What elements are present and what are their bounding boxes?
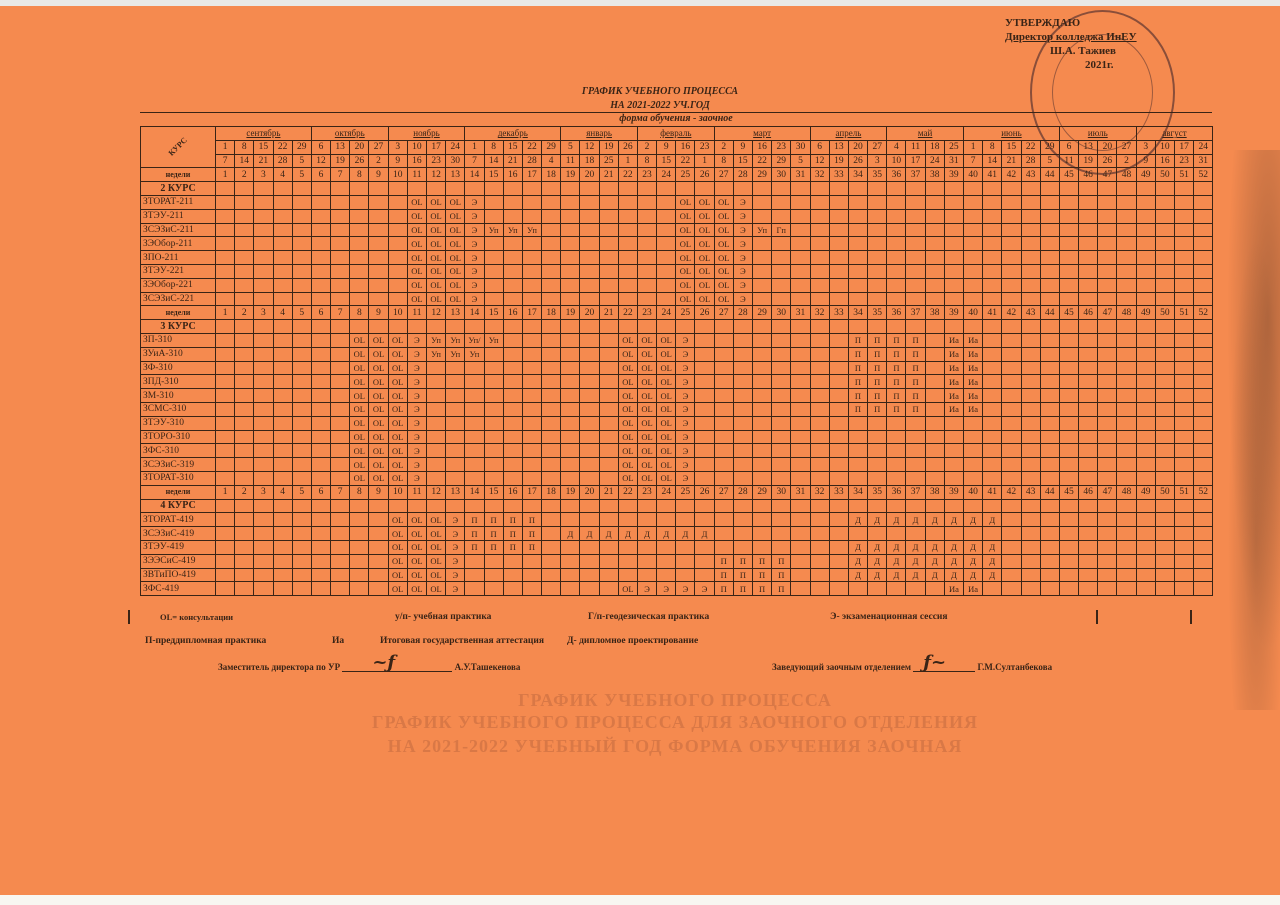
schedule-cell: Э [676, 471, 695, 485]
empty-cell [561, 223, 580, 237]
schedule-cell: П [772, 554, 791, 568]
empty-cell [1040, 209, 1059, 223]
schedule-cell: OL [426, 209, 445, 223]
empty-cell [369, 292, 388, 306]
empty-cell [331, 444, 350, 458]
empty-cell [791, 264, 810, 278]
week-number: 32 [810, 168, 829, 182]
empty-cell [637, 499, 656, 513]
empty-cell [542, 416, 561, 430]
week-number: 31 [791, 168, 810, 182]
empty-cell [561, 292, 580, 306]
empty-cell [695, 540, 714, 554]
empty-cell [388, 292, 407, 306]
schedule-cell: OL [637, 333, 656, 347]
empty-cell [657, 264, 676, 278]
empty-cell [216, 209, 235, 223]
empty-cell [522, 568, 541, 582]
empty-cell [1175, 540, 1194, 554]
schedule-cell: Э [676, 430, 695, 444]
empty-cell [484, 251, 503, 265]
empty-cell [1117, 209, 1136, 223]
empty-cell [1059, 195, 1078, 209]
empty-cell [964, 458, 983, 472]
empty-cell [1002, 347, 1021, 361]
weeks-label: недели [141, 306, 216, 320]
empty-cell [1079, 513, 1098, 527]
empty-cell [772, 292, 791, 306]
empty-cell [753, 209, 772, 223]
empty-cell [618, 540, 637, 554]
empty-cell [791, 292, 810, 306]
empty-cell [426, 361, 445, 375]
empty-cell [829, 402, 848, 416]
empty-cell [522, 389, 541, 403]
empty-cell [503, 444, 522, 458]
week-number: 16 [503, 168, 522, 182]
schedule-cell: Э [407, 402, 426, 416]
month-row: КУРСсентябрьоктябрьноябрьдекабрьянварьфе… [141, 127, 1213, 141]
empty-cell [465, 402, 484, 416]
empty-cell [964, 320, 983, 334]
schedule-cell: OL [388, 347, 407, 361]
empty-cell [369, 223, 388, 237]
week-end-row: 7142128512192629162330714212841118251815… [141, 154, 1213, 168]
legend-ia: Итоговая государственная аттестация [380, 636, 544, 646]
empty-cell [906, 458, 925, 472]
empty-cell [503, 209, 522, 223]
schedule-cell: OL [388, 402, 407, 416]
empty-cell [1194, 540, 1213, 554]
schedule-cell: OL [388, 389, 407, 403]
empty-cell [733, 402, 752, 416]
empty-cell [714, 389, 733, 403]
empty-cell [465, 416, 484, 430]
week-number: 52 [1194, 306, 1213, 320]
week-number: 27 [714, 306, 733, 320]
empty-cell [1155, 471, 1174, 485]
schedule-cell: Д [887, 513, 906, 527]
empty-cell [1175, 292, 1194, 306]
empty-cell [983, 527, 1002, 541]
bleed-through-text: ГРАФИК УЧЕБНОГО ПРОЦЕССА ДЛЯ ЗАОЧНОГО ОТ… [150, 712, 1200, 733]
empty-cell [331, 264, 350, 278]
schedule-cell: П [868, 347, 887, 361]
empty-cell [695, 499, 714, 513]
week-number: 6 [311, 306, 330, 320]
empty-cell [542, 320, 561, 334]
course-section-header: 4 КУРС [141, 499, 1213, 513]
empty-cell [944, 292, 963, 306]
empty-cell [829, 223, 848, 237]
empty-cell [733, 430, 752, 444]
empty-cell [1079, 430, 1098, 444]
empty-cell [1021, 430, 1040, 444]
empty-cell [465, 320, 484, 334]
schedule-cell: Д [983, 568, 1002, 582]
empty-cell [887, 471, 906, 485]
schedule-cell: Э [446, 513, 465, 527]
schedule-cell: П [733, 568, 752, 582]
empty-cell [657, 568, 676, 582]
empty-cell [235, 237, 254, 251]
week-number: 38 [925, 306, 944, 320]
schedule-cell: Д [657, 527, 676, 541]
week-number: 38 [925, 168, 944, 182]
empty-cell [561, 540, 580, 554]
empty-cell [1136, 458, 1155, 472]
empty-cell [714, 182, 733, 196]
empty-cell [925, 237, 944, 251]
empty-cell [599, 264, 618, 278]
empty-cell [868, 499, 887, 513]
empty-cell [350, 320, 369, 334]
empty-cell [791, 237, 810, 251]
schedule-cell: OL [407, 527, 426, 541]
empty-cell [350, 527, 369, 541]
week-number: 20 [580, 168, 599, 182]
empty-cell [216, 568, 235, 582]
empty-cell [369, 499, 388, 513]
empty-cell [292, 209, 311, 223]
empty-cell [235, 458, 254, 472]
empty-cell [503, 195, 522, 209]
empty-cell [810, 513, 829, 527]
schedule-cell: OL [388, 513, 407, 527]
empty-cell [657, 209, 676, 223]
empty-cell [580, 264, 599, 278]
week-end-date: 10 [887, 154, 906, 168]
empty-cell [1098, 278, 1117, 292]
empty-cell [503, 333, 522, 347]
schedule-cell: Э [407, 471, 426, 485]
empty-cell [1002, 568, 1021, 582]
week-number: 8 [350, 306, 369, 320]
empty-cell [753, 527, 772, 541]
empty-cell [273, 278, 292, 292]
empty-cell [791, 195, 810, 209]
empty-cell [350, 251, 369, 265]
empty-cell [1117, 568, 1136, 582]
empty-cell [810, 251, 829, 265]
empty-cell [887, 430, 906, 444]
week-number: 27 [714, 168, 733, 182]
schedule-cell: OL [657, 402, 676, 416]
empty-cell [791, 444, 810, 458]
empty-cell [964, 292, 983, 306]
empty-cell [1155, 513, 1174, 527]
week-number: 25 [676, 306, 695, 320]
empty-cell [657, 223, 676, 237]
empty-cell [829, 554, 848, 568]
empty-cell [1002, 471, 1021, 485]
empty-cell [484, 195, 503, 209]
empty-cell [1059, 347, 1078, 361]
empty-cell [542, 471, 561, 485]
empty-cell [1175, 554, 1194, 568]
schedule-cell: OL [676, 209, 695, 223]
group-name: ЗЭЭСиС-419 [141, 554, 216, 568]
empty-cell [1136, 264, 1155, 278]
schedule-cell: Иа [964, 333, 983, 347]
empty-cell [829, 389, 848, 403]
week-number: 31 [791, 485, 810, 499]
empty-cell [273, 540, 292, 554]
schedule-cell: OL [657, 347, 676, 361]
empty-cell [772, 320, 791, 334]
empty-cell [446, 499, 465, 513]
week-number: 7 [331, 306, 350, 320]
empty-cell [1079, 582, 1098, 596]
empty-cell [618, 251, 637, 265]
empty-cell [983, 416, 1002, 430]
empty-cell [273, 264, 292, 278]
empty-cell [254, 554, 273, 568]
schedule-cell: OL [388, 444, 407, 458]
empty-cell [465, 471, 484, 485]
empty-cell [1002, 540, 1021, 554]
empty-cell [292, 375, 311, 389]
empty-cell [216, 320, 235, 334]
empty-cell [216, 527, 235, 541]
empty-cell [1194, 513, 1213, 527]
empty-cell [331, 209, 350, 223]
schedule-cell: П [848, 333, 867, 347]
empty-cell [925, 444, 944, 458]
empty-cell [331, 292, 350, 306]
empty-cell [254, 540, 273, 554]
empty-cell [1079, 375, 1098, 389]
empty-cell [1136, 554, 1155, 568]
empty-cell [944, 527, 963, 541]
empty-cell [522, 361, 541, 375]
empty-cell [772, 333, 791, 347]
week-number: 8 [350, 168, 369, 182]
empty-cell [637, 320, 656, 334]
empty-cell [829, 333, 848, 347]
schedule-cell: OL [637, 361, 656, 375]
group-row: ЗСЭЗиС-319OLOLOLЭOLOLOLЭ [141, 458, 1213, 472]
empty-cell [676, 320, 695, 334]
empty-cell [1194, 471, 1213, 485]
schedule-cell: Э [407, 375, 426, 389]
empty-cell [1059, 320, 1078, 334]
week-number: 45 [1059, 306, 1078, 320]
schedule-cell: OL [350, 471, 369, 485]
empty-cell [580, 209, 599, 223]
week-end-date: 7 [465, 154, 484, 168]
schedule-cell: OL [618, 361, 637, 375]
schedule-cell: Э [465, 223, 484, 237]
week-start-date: 8 [983, 140, 1002, 154]
empty-cell [311, 333, 330, 347]
empty-cell [1175, 333, 1194, 347]
empty-cell [1002, 389, 1021, 403]
empty-cell [753, 389, 772, 403]
empty-cell [273, 182, 292, 196]
empty-cell [695, 458, 714, 472]
empty-cell [657, 513, 676, 527]
schedule-cell: OL [369, 347, 388, 361]
empty-cell [331, 320, 350, 334]
empty-cell [561, 209, 580, 223]
empty-cell [1002, 554, 1021, 568]
empty-cell [1040, 458, 1059, 472]
empty-cell [1136, 237, 1155, 251]
schedule-cell: OL [350, 430, 369, 444]
schedule-cell: OL [426, 195, 445, 209]
empty-cell [733, 527, 752, 541]
empty-cell [311, 471, 330, 485]
week-start-date: 24 [446, 140, 465, 154]
week-number: 33 [829, 485, 848, 499]
empty-cell [1194, 182, 1213, 196]
empty-cell [522, 430, 541, 444]
empty-cell [522, 347, 541, 361]
empty-cell [580, 444, 599, 458]
empty-cell [983, 389, 1002, 403]
week-number: 47 [1098, 485, 1117, 499]
empty-cell [791, 320, 810, 334]
week-number: 34 [848, 485, 867, 499]
empty-cell [273, 471, 292, 485]
week-end-date: 9 [388, 154, 407, 168]
empty-cell [1098, 499, 1117, 513]
empty-cell [1079, 416, 1098, 430]
empty-cell [1117, 361, 1136, 375]
empty-cell [522, 264, 541, 278]
schedule-cell: Уп [753, 223, 772, 237]
empty-cell [733, 182, 752, 196]
schedule-cell: OL [714, 195, 733, 209]
empty-cell [292, 320, 311, 334]
empty-cell [542, 209, 561, 223]
empty-cell [848, 237, 867, 251]
empty-cell [1155, 430, 1174, 444]
schedule-cell: Д [599, 527, 618, 541]
week-start-date: 23 [695, 140, 714, 154]
empty-cell [561, 554, 580, 568]
empty-cell [1002, 430, 1021, 444]
week-start-date: 27 [369, 140, 388, 154]
empty-cell [1098, 209, 1117, 223]
empty-cell [618, 320, 637, 334]
empty-cell [1155, 320, 1174, 334]
empty-cell [657, 182, 676, 196]
empty-cell [235, 251, 254, 265]
schedule-cell: Уп [446, 333, 465, 347]
empty-cell [388, 209, 407, 223]
scan-edge-top [0, 0, 1280, 6]
empty-cell [829, 278, 848, 292]
week-number: 24 [657, 485, 676, 499]
empty-cell [331, 251, 350, 265]
schedule-cell: Иа [964, 402, 983, 416]
week-end-date: 26 [350, 154, 369, 168]
empty-cell [580, 237, 599, 251]
course-section-header: 2 КУРС [141, 182, 1213, 196]
empty-cell [618, 264, 637, 278]
empty-cell [599, 375, 618, 389]
empty-cell [216, 264, 235, 278]
empty-cell [964, 278, 983, 292]
empty-cell [1155, 540, 1174, 554]
empty-cell [944, 223, 963, 237]
empty-cell [331, 513, 350, 527]
empty-cell [254, 389, 273, 403]
week-number: 6 [311, 485, 330, 499]
empty-cell [235, 182, 254, 196]
empty-cell [983, 182, 1002, 196]
empty-cell [714, 402, 733, 416]
empty-cell [292, 402, 311, 416]
empty-cell [1079, 237, 1098, 251]
empty-cell [1117, 223, 1136, 237]
schedule-cell: Д [944, 554, 963, 568]
empty-cell [599, 402, 618, 416]
empty-cell [542, 182, 561, 196]
empty-cell [311, 513, 330, 527]
schedule-cell: Э [407, 361, 426, 375]
week-number: 48 [1117, 168, 1136, 182]
empty-cell [484, 237, 503, 251]
empty-cell [1021, 527, 1040, 541]
week-start-date: 17 [1175, 140, 1194, 154]
week-start-date: 2 [637, 140, 656, 154]
empty-cell [350, 582, 369, 596]
empty-cell [906, 292, 925, 306]
month-header: октябрь [311, 127, 388, 141]
empty-cell [1194, 195, 1213, 209]
group-name: ЗСМС-310 [141, 402, 216, 416]
empty-cell [503, 582, 522, 596]
empty-cell [1155, 278, 1174, 292]
week-number: 10 [388, 168, 407, 182]
schedule-cell: Э [407, 458, 426, 472]
week-start-date: 29 [1040, 140, 1059, 154]
empty-cell [369, 251, 388, 265]
empty-cell [1021, 389, 1040, 403]
empty-cell [618, 195, 637, 209]
week-number: 25 [676, 168, 695, 182]
empty-cell [484, 568, 503, 582]
schedule-cell: OL [446, 237, 465, 251]
empty-cell [235, 513, 254, 527]
schedule-cell: П [887, 347, 906, 361]
empty-cell [1117, 251, 1136, 265]
empty-cell [657, 251, 676, 265]
month-header: февраль [637, 127, 714, 141]
schedule-cell: Э [733, 292, 752, 306]
empty-cell [1098, 402, 1117, 416]
schedule-cell: П [887, 402, 906, 416]
week-start-date: 20 [1098, 140, 1117, 154]
empty-cell [753, 278, 772, 292]
empty-cell [983, 375, 1002, 389]
empty-cell [1155, 195, 1174, 209]
empty-cell [580, 278, 599, 292]
empty-cell [254, 278, 273, 292]
empty-cell [829, 527, 848, 541]
schedule-cell: OL [407, 292, 426, 306]
empty-cell [753, 347, 772, 361]
week-number: 21 [599, 168, 618, 182]
week-end-date: 16 [407, 154, 426, 168]
empty-cell [216, 182, 235, 196]
empty-cell [1194, 361, 1213, 375]
empty-cell [829, 209, 848, 223]
empty-cell [1136, 251, 1155, 265]
